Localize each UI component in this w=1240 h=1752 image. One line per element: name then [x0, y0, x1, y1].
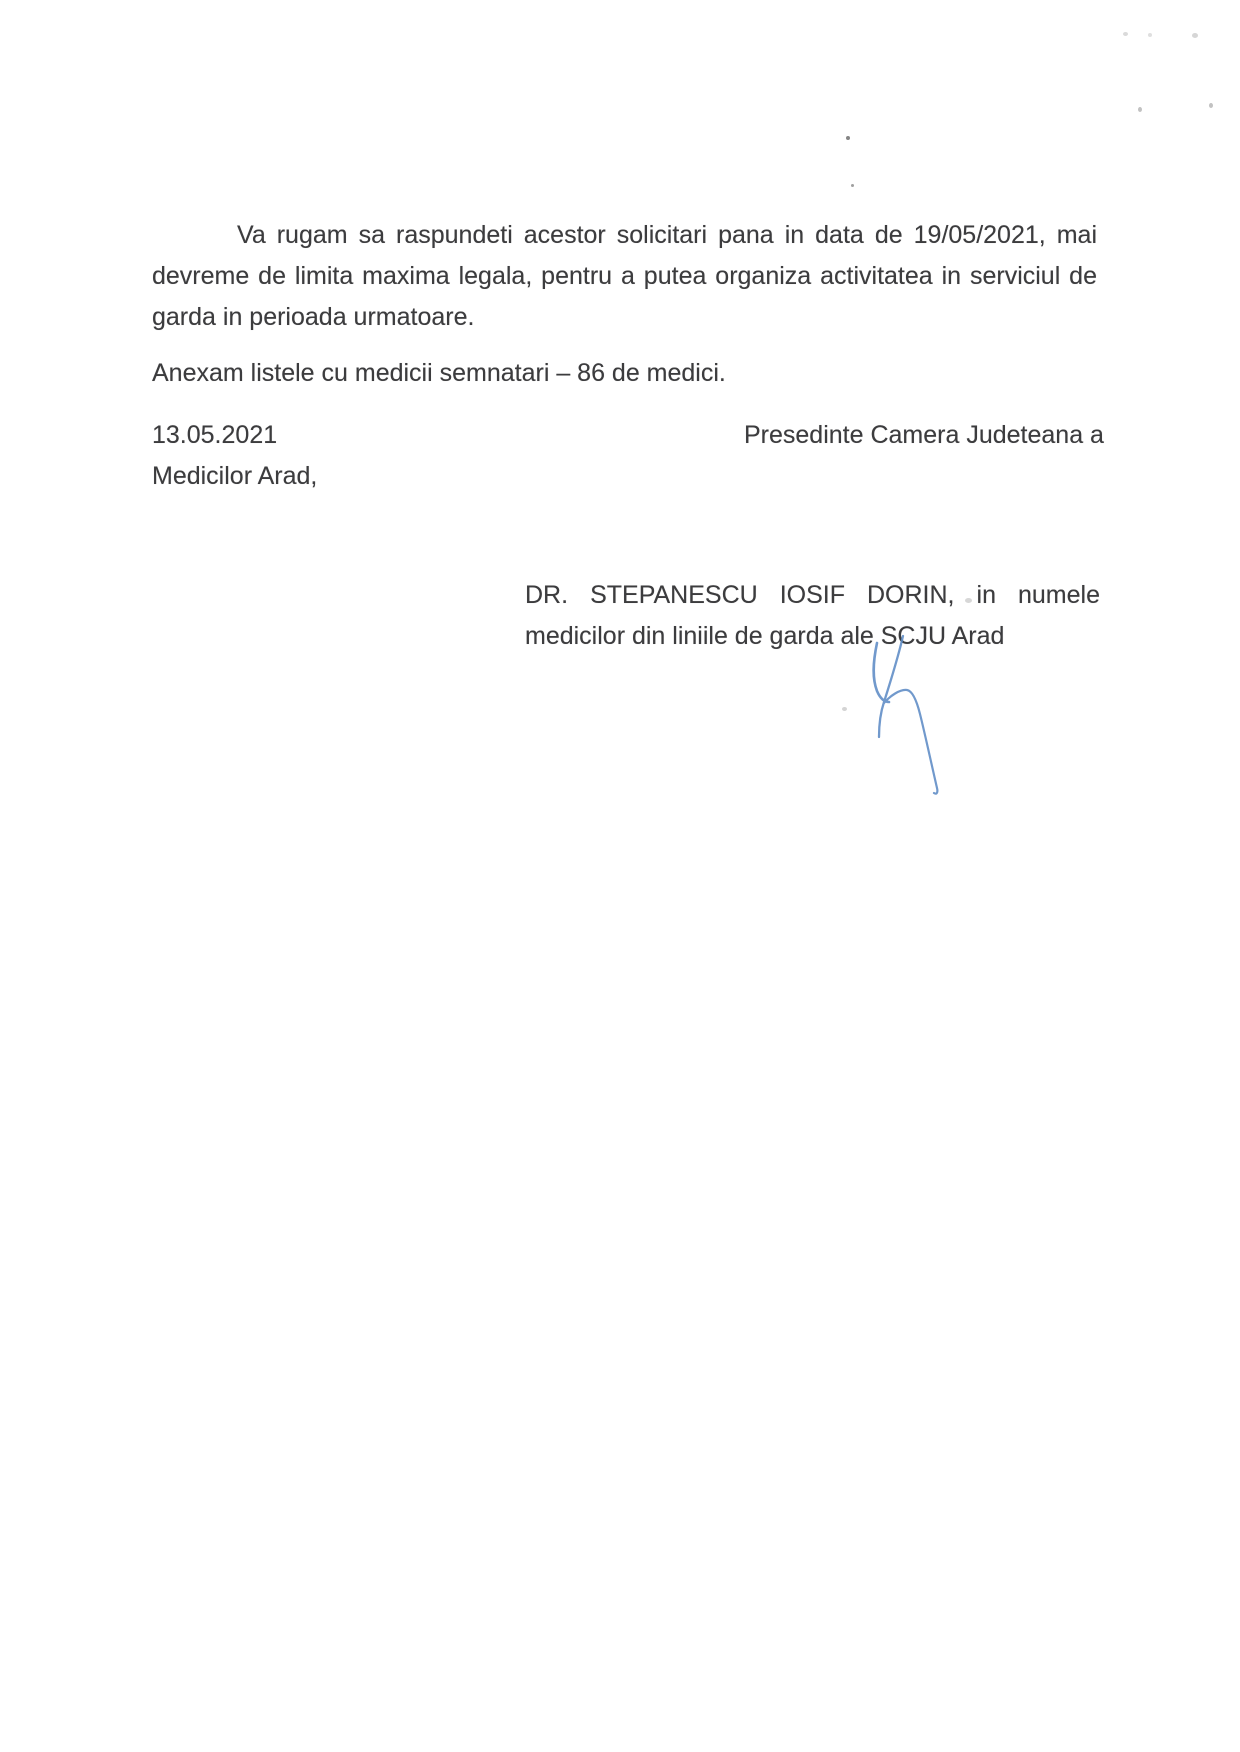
- scan-speck: [1148, 33, 1152, 37]
- letter-body-paragraph: Va rugam sa raspundeti acestor solicitar…: [152, 215, 1097, 338]
- scan-speck: [846, 136, 850, 140]
- signature-name-block: DR. STEPANESCU IOSIF DORIN, in numele me…: [525, 575, 1100, 657]
- signature-stroke-diagonal: [879, 636, 903, 737]
- signer-organization: Medicilor Arad,: [152, 456, 317, 497]
- scan-speck: [965, 598, 972, 603]
- letter-date: 13.05.2021: [152, 415, 277, 456]
- scan-speck: [1192, 33, 1198, 38]
- handwritten-signature: [850, 625, 960, 805]
- scan-speck: [1138, 107, 1142, 112]
- signature-stroke-tail: [884, 690, 937, 794]
- signer-title: Presedinte Camera Judeteana a: [744, 415, 1104, 456]
- scan-speck: [842, 707, 847, 711]
- scan-speck: [1209, 103, 1213, 108]
- scan-speck: [1123, 32, 1128, 36]
- attachment-note: Anexam listele cu medicii semnatari – 86…: [152, 353, 1097, 394]
- scanned-letter-page: Va rugam sa raspundeti acestor solicitar…: [0, 0, 1240, 1752]
- scan-speck: [851, 184, 854, 187]
